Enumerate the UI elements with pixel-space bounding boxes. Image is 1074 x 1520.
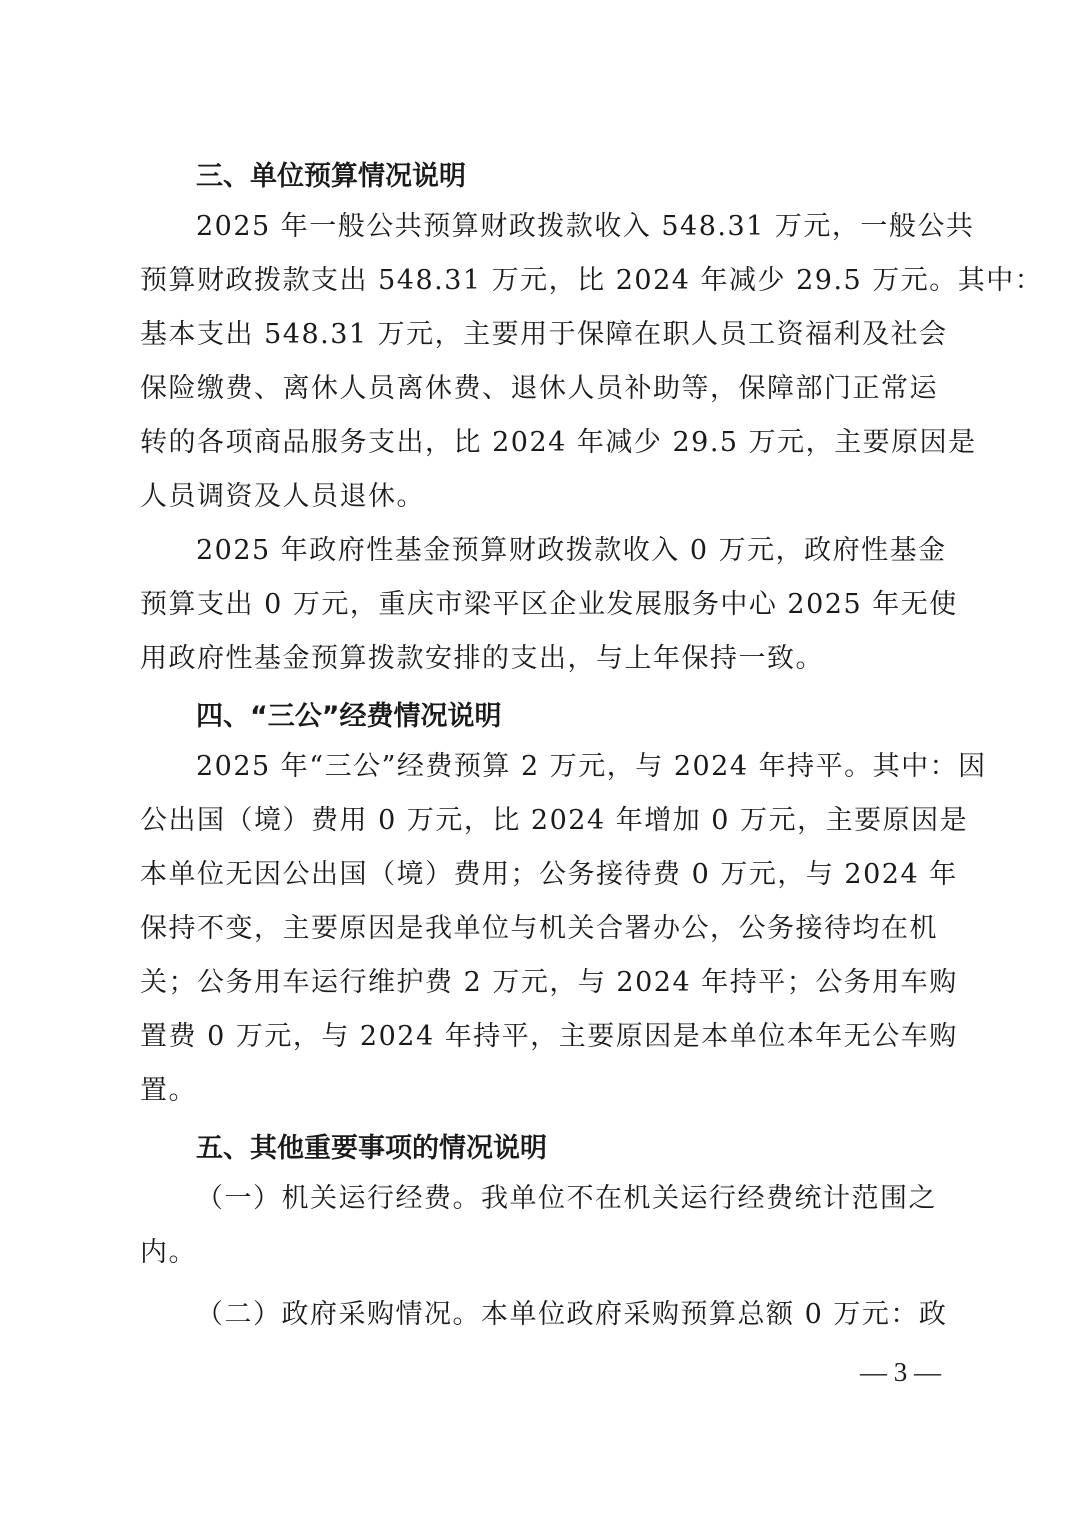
text-line: （二）政府采购情况。本单位政府采购预算总额 0 万元：政 [140,1292,936,1346]
text-line: 人员调资及人员退休。 [140,474,936,528]
page-number: — 3 — [860,1357,940,1388]
paragraph-government-procurement: （二）政府采购情况。本单位政府采购预算总额 0 万元：政 [140,1292,936,1346]
text-line: 保持不变，主要原因是我单位与机关合署办公，公务接待均在机 [140,906,936,960]
text-line: 用政府性基金预算拨款安排的支出，与上年保持一致。 [140,636,936,690]
text-line: 置费 0 万元，与 2024 年持平，主要原因是本单位本年无公车购 [140,1014,936,1068]
text-line: 公出国（境）费用 0 万元，比 2024 年增加 0 万元，主要原因是 [140,798,936,852]
paragraph-government-fund: 2025 年政府性基金预算财政拨款收入 0 万元，政府性基金 预算支出 0 万元… [140,528,936,690]
section-heading-other-matters: 五、其他重要事项的情况说明 [140,1122,936,1176]
section-heading-budget: 三、单位预算情况说明 [140,150,936,204]
section-heading-three-public: 四、“三公”经费情况说明 [140,690,936,744]
text-line: 关；公务用车运行维护费 2 万元，与 2024 年持平；公务用车购 [140,960,936,1014]
text-line: 内。 [140,1230,936,1284]
paragraph-operating-expenses: （一）机关运行经费。我单位不在机关运行经费统计范围之 内。 [140,1176,936,1284]
document-page: 三、单位预算情况说明 2025 年一般公共预算财政拨款收入 548.31 万元，… [140,150,936,1346]
text-line: 预算财政拨款支出 548.31 万元，比 2024 年减少 29.5 万元。其中… [140,258,936,312]
text-line: （一）机关运行经费。我单位不在机关运行经费统计范围之 [140,1176,936,1230]
text-line: 基本支出 548.31 万元，主要用于保障在职人员工资福利及社会 [140,312,936,366]
text-line: 2025 年一般公共预算财政拨款收入 548.31 万元，一般公共 [140,204,936,258]
text-line: 置。 [140,1068,936,1122]
text-line: 保险缴费、离休人员离休费、退休人员补助等，保障部门正常运 [140,366,936,420]
text-line: 2025 年政府性基金预算财政拨款收入 0 万元，政府性基金 [140,528,936,582]
text-line: 预算支出 0 万元，重庆市梁平区企业发展服务中心 2025 年无使 [140,582,936,636]
paragraph-general-budget: 2025 年一般公共预算财政拨款收入 548.31 万元，一般公共 预算财政拨款… [140,204,936,528]
text-line: 本单位无因公出国（境）费用；公务接待费 0 万元，与 2024 年 [140,852,936,906]
paragraph-three-public-expenses: 2025 年“三公”经费预算 2 万元，与 2024 年持平。其中：因 公出国（… [140,744,936,1122]
text-line: 转的各项商品服务支出，比 2024 年减少 29.5 万元，主要原因是 [140,420,936,474]
text-line: 2025 年“三公”经费预算 2 万元，与 2024 年持平。其中：因 [140,744,936,798]
